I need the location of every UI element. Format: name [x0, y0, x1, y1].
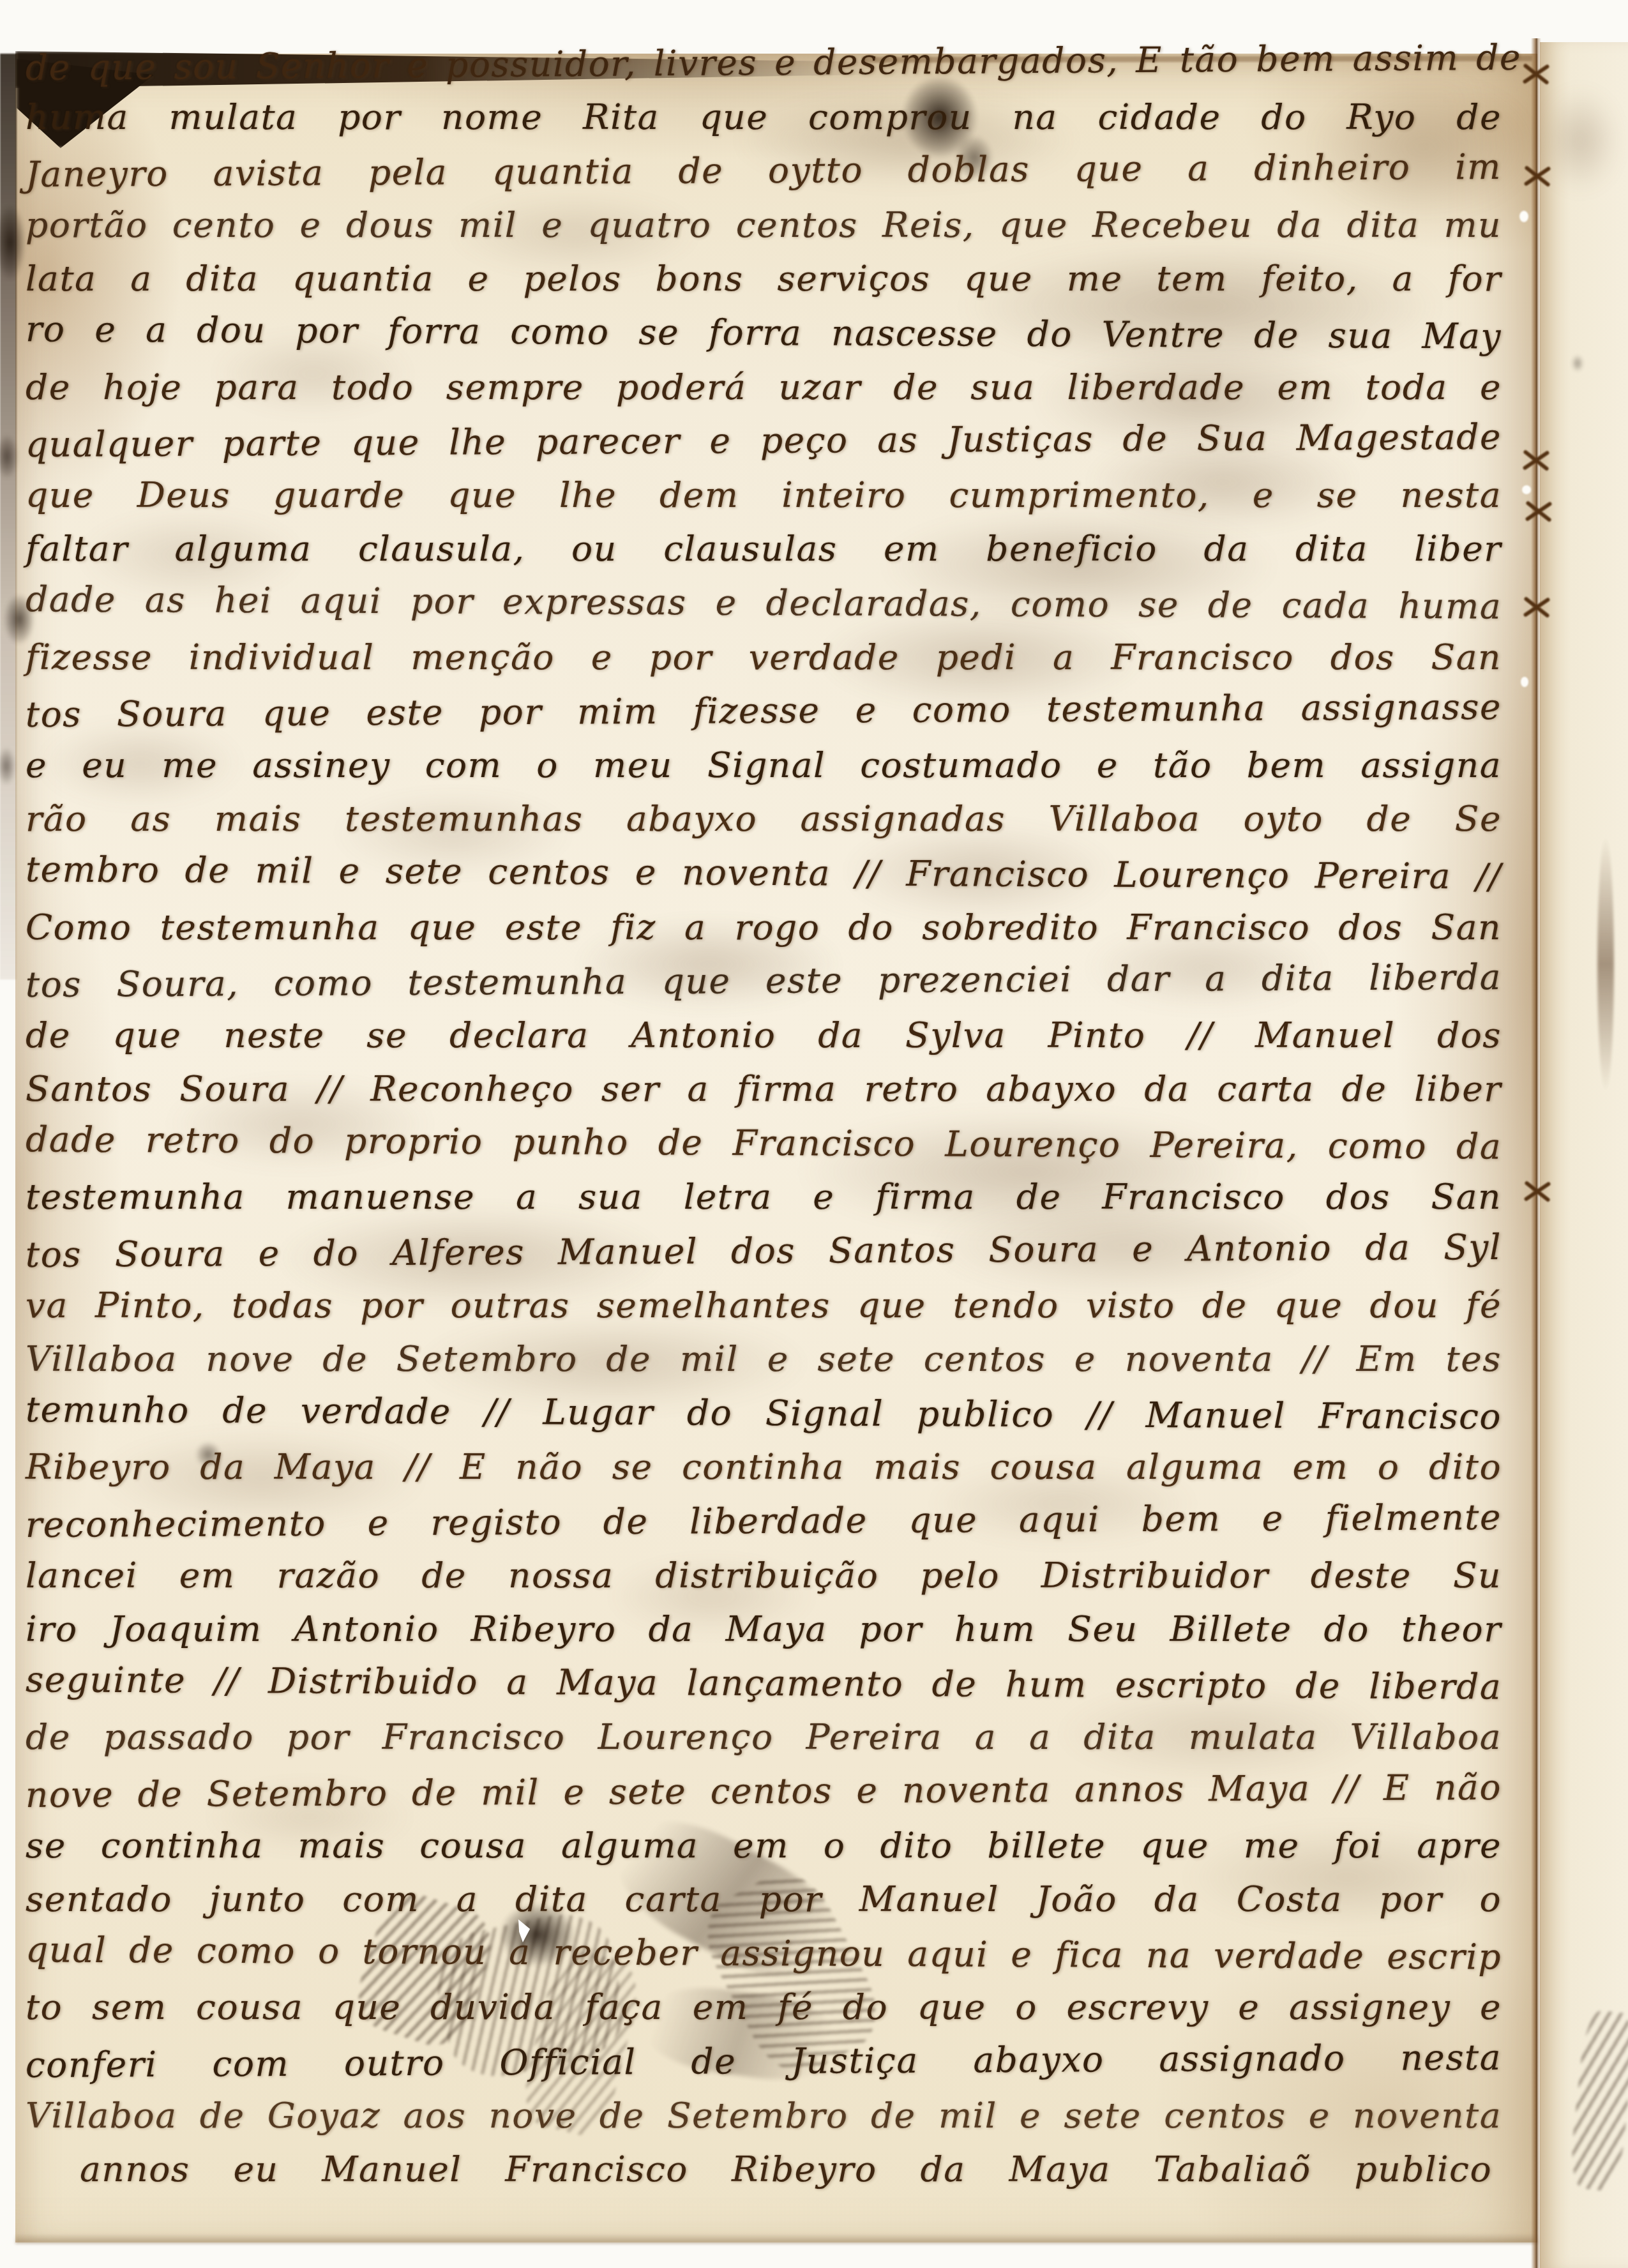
text-line: se continha mais cousa alguma em o dito …	[26, 1825, 1502, 1879]
stitch-mark	[1521, 594, 1552, 621]
text-line: tos Soura que este por mim fizesse e com…	[26, 686, 1502, 748]
binding-seam	[1531, 38, 1541, 2268]
stitch-mark	[1522, 1178, 1553, 1205]
text-line: qual de como o tornou a receber assignou…	[26, 1929, 1502, 1990]
paper-bottom-edge	[15, 2234, 1537, 2244]
text-line: Ribeyro da Maya // E não se continha mai…	[26, 1446, 1502, 1501]
text-line: portão cento e dous mil e quatro centos …	[26, 204, 1502, 259]
manuscript-scan: de que sou Senhor e possuidor, livres e …	[0, 0, 1628, 2268]
text-line: dade retro do proprio punho de Francisco…	[26, 1119, 1502, 1180]
text-line: iro Joaquim Antonio Ribeyro da Maya por …	[26, 1608, 1502, 1663]
text-line: conferi com outro Official de Justiça ab…	[26, 2037, 1502, 2099]
text-line: de passado por Francisco Lourenço Pereir…	[26, 1716, 1502, 1771]
text-line: to sem cousa que duvida faça em fé do qu…	[26, 1986, 1502, 2041]
text-line: de que sou Senhor e possuidor, livres e …	[26, 37, 1502, 102]
stitch-mark	[1522, 163, 1553, 190]
text-line: Villaboa de Goyaz aos nove de Setembro d…	[26, 2095, 1502, 2149]
stitch-hole	[1521, 677, 1528, 687]
text-line: Santos Soura // Reconheço ser a firma re…	[26, 1068, 1502, 1123]
text-line: annos eu Manuel Francisco Ribeyro da May…	[26, 2149, 1502, 2203]
text-line: que Deus guarde que lhe dem inteiro cump…	[26, 474, 1502, 529]
manuscript-text: de que sou Senhor e possuidor, livres e …	[26, 42, 1502, 2203]
text-line: tembro de mil e sete centos e noventa //…	[26, 849, 1502, 910]
text-line: ro e a dou por forra como se forra nasce…	[26, 308, 1502, 370]
text-line: seguinte // Distribuido a Maya lançament…	[26, 1659, 1502, 1720]
paper-left-edge	[0, 54, 17, 979]
text-line: lata a dita quantia e pelos bons serviço…	[26, 258, 1502, 312]
text-line: tos Soura, como testemunha que este prez…	[26, 956, 1502, 1018]
stitch-mark	[1521, 61, 1551, 87]
text-line: tos Soura e do Alferes Manuel dos Santos…	[26, 1227, 1502, 1289]
text-line: qualquer parte que lhe parecer e peço as…	[26, 416, 1502, 478]
text-line: Janeyro avista pela quantia de oytto dob…	[26, 146, 1502, 208]
stitch-mark	[1521, 447, 1551, 474]
text-line: sentado junto com a dita carta por Manue…	[26, 1879, 1502, 1933]
text-line: va Pinto, todas por outras semelhantes q…	[26, 1285, 1502, 1339]
stitch-hole	[1519, 211, 1528, 222]
stitch-mark	[1523, 498, 1554, 525]
stitch-hole	[1522, 485, 1531, 494]
text-line: dade as hei aqui por expressas e declara…	[26, 578, 1502, 640]
text-line: rão as mais testemunhas abayxo assignada…	[26, 798, 1502, 852]
text-line: nove de Setembro de mil e sete centos e …	[26, 1767, 1502, 1829]
text-line: temunho de verdade // Lugar do Signal pu…	[26, 1389, 1502, 1450]
text-line: lancei em razão de nossa distribuição pe…	[26, 1555, 1502, 1609]
text-line: de que neste se declara Antonio da Sylva…	[26, 1015, 1502, 1069]
text-line: faltar alguma clausula, ou clausulas em …	[26, 528, 1502, 582]
text-line: Villaboa nove de Setembro de mil e sete …	[26, 1338, 1502, 1393]
text-line: fizesse individual menção e por verdade …	[26, 637, 1502, 691]
text-line: Como testemunha que este fiz a rogo do s…	[26, 907, 1502, 961]
text-line: testemunha manuense a sua letra e firma …	[26, 1176, 1502, 1230]
text-line: de hoje para todo sempre poderá uzar de …	[26, 367, 1502, 421]
text-line: e eu me assiney com o meu Signal costuma…	[26, 745, 1502, 799]
text-line: huma mulata por nome Rita que comprou na…	[26, 96, 1502, 151]
adjacent-page-edge	[1540, 42, 1628, 2268]
text-line: reconhecimento e registo de liberdade qu…	[26, 1497, 1502, 1559]
